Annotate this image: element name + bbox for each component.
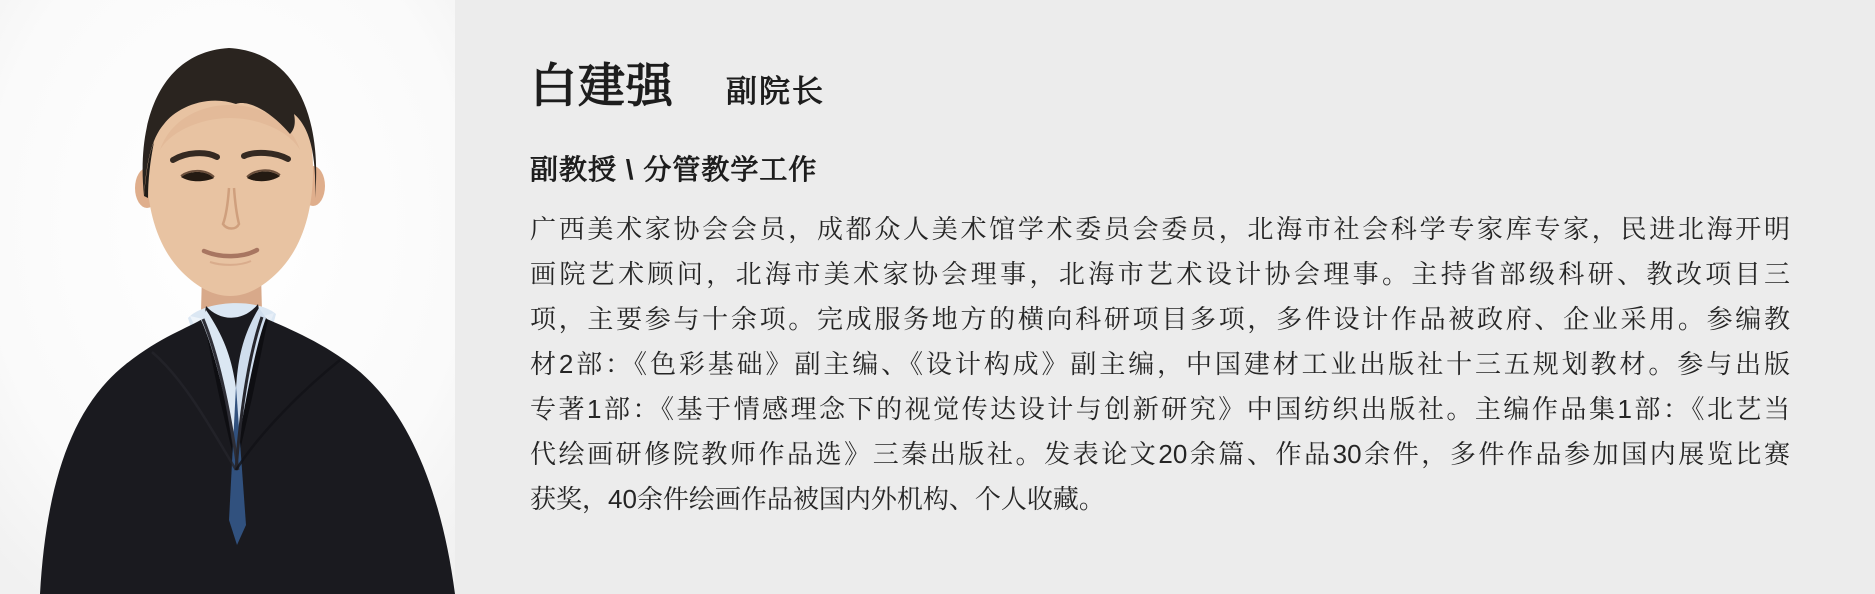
profile-photo <box>0 0 455 594</box>
bio-line: 材2部：《色彩基础》副主编、《设计构成》副主编，中国建材工业出版社十三五规划教材… <box>530 342 1790 387</box>
bio-line: 画院艺术顾问，北海市美术家协会理事，北海市艺术设计协会理事。主持省部级科研、教改… <box>530 252 1790 297</box>
profile-bio: 广西美术家协会会员，成都众人美术馆学术委员会委员，北海市社会科学专家库专家，民进… <box>530 207 1790 522</box>
bio-line: 项，主要参与十余项。完成服务地方的横向科研项目多项，多件设计作品被政府、企业采用… <box>530 297 1790 342</box>
faculty-profile-page: 白建强 副院长 副教授 \ 分管教学工作 广西美术家协会会员，成都众人美术馆学术… <box>0 0 1875 594</box>
bio-line: 获奖，40余件绘画作品被国内外机构、个人收藏。 <box>530 477 1790 522</box>
profile-content: 白建强 副院长 副教授 \ 分管教学工作 广西美术家协会会员，成都众人美术馆学术… <box>530 0 1790 594</box>
profile-name: 白建强 <box>530 62 674 109</box>
bio-line: 代绘画研修院教师作品选》三秦出版社。发表论文20余篇、作品30余件，多件作品参加… <box>530 432 1790 477</box>
profile-position: 副院长 <box>726 76 825 107</box>
bio-line: 广西美术家协会会员，成都众人美术馆学术委员会委员，北海市社会科学专家库专家，民进… <box>530 207 1790 252</box>
profile-title-line: 副教授 \ 分管教学工作 <box>530 153 817 187</box>
portrait-image <box>0 0 455 594</box>
bio-line: 专著1部：《基于情感理念下的视觉传达设计与创新研究》中国纺织出版社。主编作品集1… <box>530 387 1790 432</box>
name-row: 白建强 副院长 <box>530 62 825 109</box>
